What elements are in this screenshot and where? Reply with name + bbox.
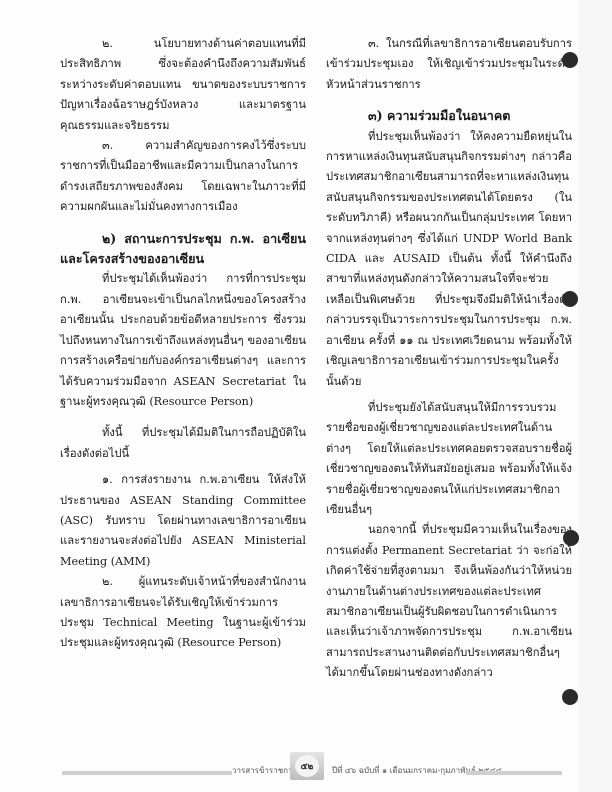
paragraph-resolution-2: ๒. ผู้แทนระดับเจ้าหน้าที่ของสำนักงานเลขา… <box>60 572 306 654</box>
paragraph-funding-flexibility: ที่ประชุมเห็นพ้องว่า ให้คงความยืดหยุ่นใน… <box>326 127 572 392</box>
section-heading-2: ๒) สถานะการประชุม ก.พ. อาเซียนและโครงสร้… <box>60 229 306 270</box>
binder-hole-top <box>562 52 578 68</box>
right-column: ๓. ในกรณีที่เลขาธิการอาเซียนตอบรับการเข้… <box>326 34 572 684</box>
paragraph-professional-civil-service: ๓. ความสำคัญของการคงไว้ซึ่งระบบราชการที่… <box>60 136 306 218</box>
paragraph-expert-list: ที่ประชุมยังได้สนับสนุนให้มีการรวบรวมราย… <box>326 398 572 520</box>
footer-rule-right <box>466 771 562 775</box>
footer-rule-left <box>62 771 232 775</box>
binder-hole-middle <box>562 291 578 307</box>
paragraph-resolutions-intro: ทั้งนี้ ที่ประชุมได้มีมติในการถือปฏิบัติ… <box>60 423 306 464</box>
paragraph-permanent-secretariat: นอกจากนี้ ที่ประชุมมีความเห็นในเรื่องของ… <box>326 520 572 683</box>
paragraph-resolution-3: ๓. ในกรณีที่เลขาธิการอาเซียนตอบรับการเข้… <box>326 34 572 95</box>
paragraph-compensation-policy: ๒. นโยบายทางด้านค่าตอบแทนที่มีประสิทธิภา… <box>60 34 306 136</box>
paragraph-resolution-1: ๑. การส่งรายงาน ก.พ.อาเซียน ให้ส่งให้ประ… <box>60 470 306 572</box>
journal-name: วารสารข้าราชการ <box>232 764 297 777</box>
page-footer: วารสารข้าราชการ ๕๒ ปีที่ ๔๖ ฉบับที่ ๑ เด… <box>0 752 612 782</box>
left-column: ๒. นโยบายทางด้านค่าตอบแทนที่มีประสิทธิภา… <box>60 34 306 654</box>
binder-hole-lower <box>563 530 579 546</box>
section-heading-3: ๓) ความร่วมมือในอนาคต <box>326 106 572 126</box>
page-number-badge: ๕๒ <box>290 752 324 780</box>
binder-hole-bottom <box>562 689 578 705</box>
paragraph-asean-structure: ที่ประชุมได้เห็นพ้องว่า การที่การประชุม … <box>60 269 306 412</box>
page-edge-shadow <box>578 0 612 792</box>
page-number: ๕๒ <box>295 755 319 777</box>
